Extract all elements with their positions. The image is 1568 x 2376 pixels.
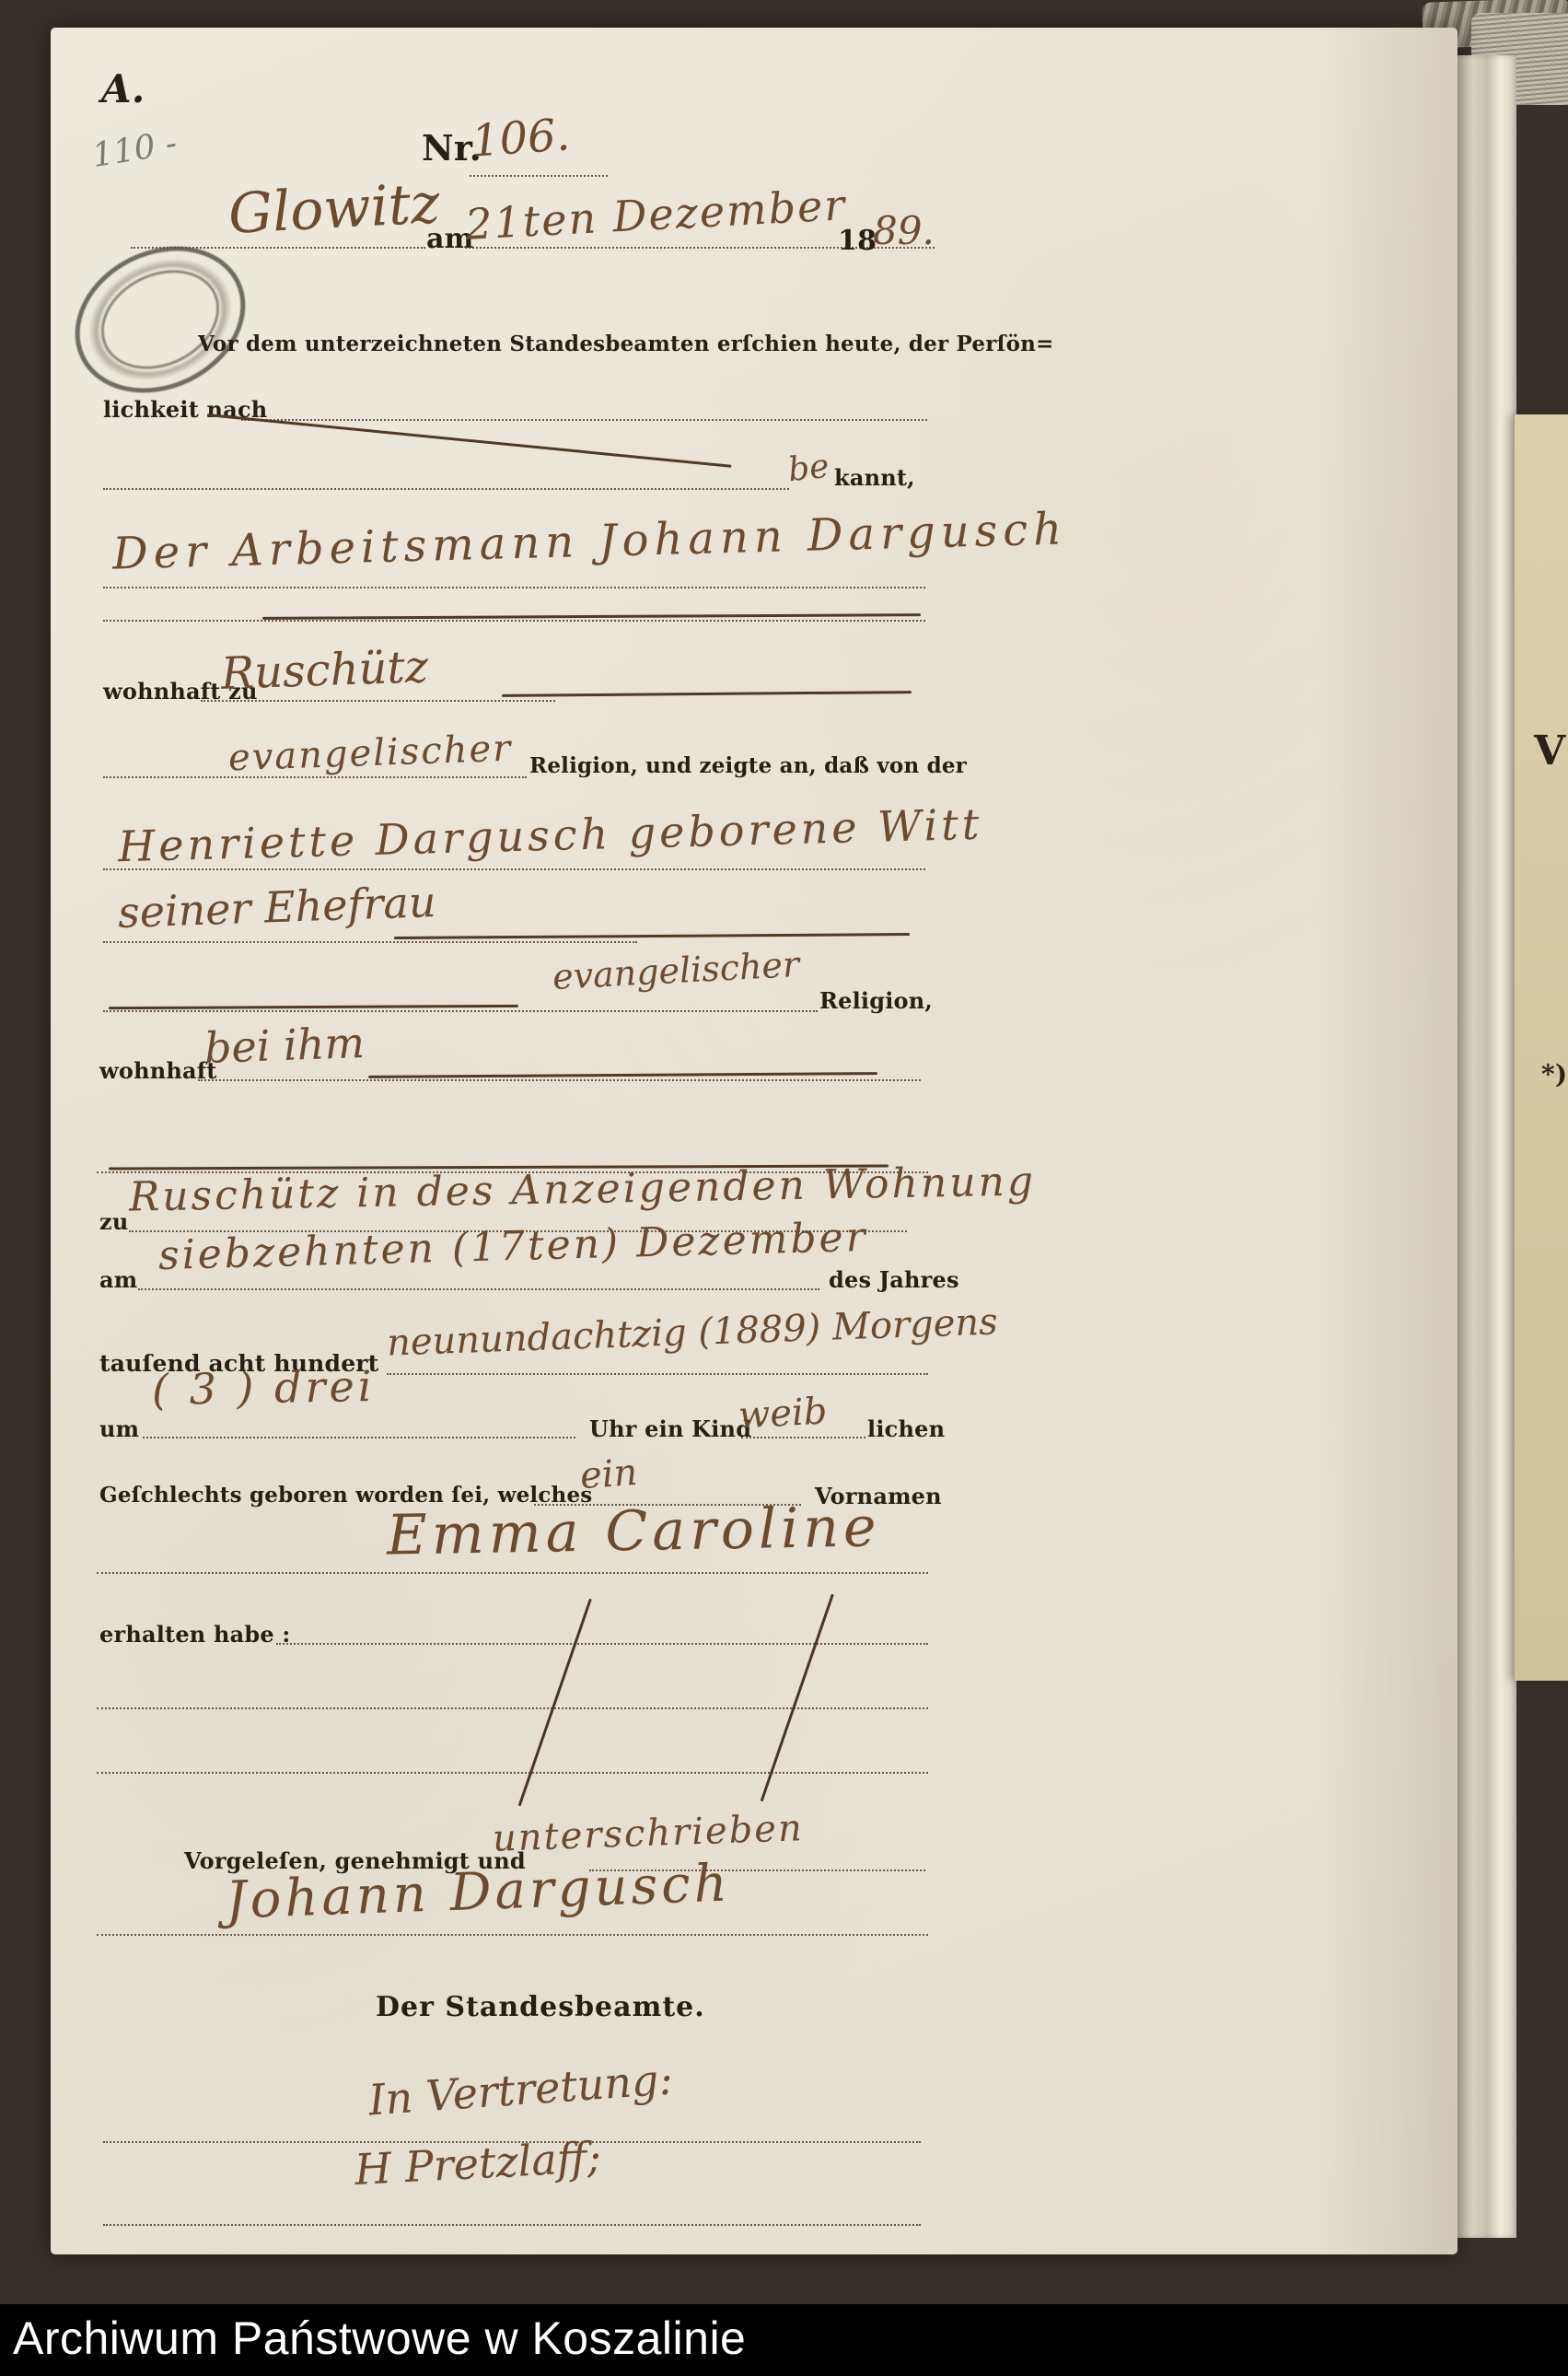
rule-declarant-signature: [97, 1934, 928, 1936]
rule-registrar-2: [103, 2224, 921, 2226]
rule-erhalten-2: [97, 1707, 928, 1709]
birthdate-label: am: [99, 1266, 137, 1293]
record-number-value: 106.: [470, 109, 572, 167]
rule-birthdate: [138, 1288, 819, 1290]
registrar-title: Der Standesbeamte.: [376, 1991, 705, 2023]
gender-printed: lichen: [867, 1415, 945, 1442]
religion1-label: Religion, und zeigte an, daß von der: [529, 753, 967, 778]
slip-text-fragment-top: V: [1534, 728, 1565, 775]
rule-identity: [241, 419, 927, 421]
religion2-label: Religion,: [819, 987, 933, 1014]
archive-watermark-bar: Archiwum Państwowe w Koszalinie: [0, 2304, 1568, 2376]
year-printed: 18: [838, 225, 877, 257]
rule-gender: [741, 1437, 865, 1438]
slip-text-fragment-bottom: *): [1541, 1059, 1567, 1089]
rule-record-number: [470, 175, 608, 177]
rule-place: [131, 247, 425, 249]
year-written: 89.: [873, 208, 935, 253]
rule-child-name: [97, 1572, 928, 1574]
sex-line-article: ein: [578, 1451, 638, 1497]
archive-watermark-text: Archiwum Państwowe w Koszalinie: [13, 2312, 746, 2365]
rule-declarant: [103, 587, 925, 588]
birthplace-label: zu: [99, 1208, 128, 1235]
birthdate-suffix: des Jahres: [829, 1266, 959, 1293]
birthtime-suffix: Uhr ein Kind: [589, 1415, 751, 1442]
rule-residence: [201, 700, 555, 702]
form-letter-a: A.: [101, 66, 145, 111]
scanned-register-page: V *) A. 110 - Nr. 106. Glowitz am 21ten …: [0, 0, 1568, 2376]
birthtime-value: ( 3 ) drei: [152, 1361, 376, 1415]
rule-birthyear: [387, 1373, 928, 1375]
rule-religion2: [103, 1010, 818, 1012]
rule-religion1: [103, 776, 527, 778]
bekannt-written: be: [786, 448, 830, 489]
inserted-slip: [1514, 414, 1568, 1681]
birthtime-label: um: [99, 1415, 139, 1442]
erhalten-label: erhalten habe :: [99, 1621, 290, 1648]
rule-residence2: [198, 1079, 921, 1081]
rule-birthtime: [143, 1437, 575, 1438]
residence2-value: bei ihm: [203, 1018, 366, 1073]
rule-erhalten-1: [276, 1643, 928, 1645]
rule-relation: [103, 941, 637, 943]
intro-line1: Vor dem unterzeichneten Standesbeamten e…: [198, 332, 1054, 356]
rule-bekannt: [103, 488, 789, 490]
place-value: Glowitz: [226, 171, 441, 247]
rule-mother: [103, 868, 925, 870]
rule-declarant-blank: [103, 620, 925, 622]
child-name-value: Emma Caroline: [386, 1495, 881, 1567]
gender-written: weib: [738, 1391, 829, 1438]
rule-erhalten-3: [97, 1772, 928, 1774]
bekannt-printed: kannt,: [834, 464, 915, 491]
adjacent-page-edge: [1458, 55, 1516, 2238]
residence-value: Ruschütz: [220, 641, 429, 700]
